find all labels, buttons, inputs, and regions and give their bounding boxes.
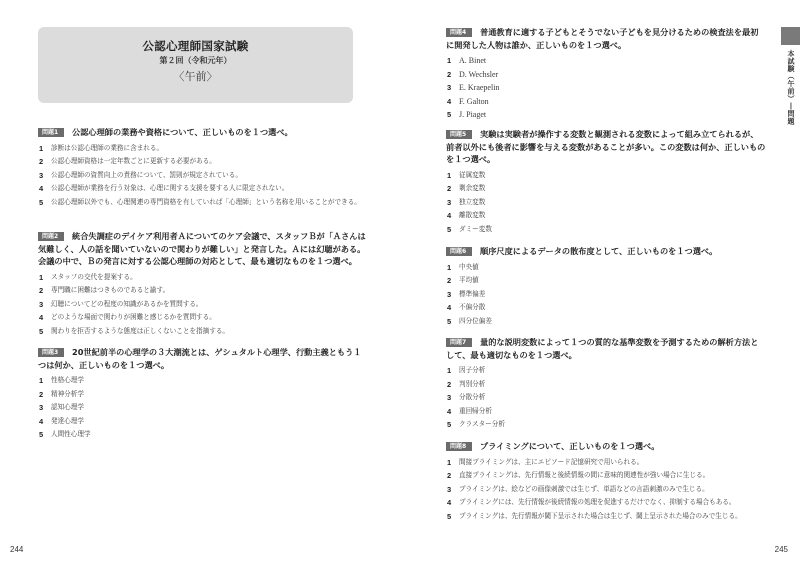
option-list: 1性格心理学 2精神分析学 3認知心理学 4発達心理学 5人間性心理学 [38, 374, 368, 442]
option-number: 5 [38, 325, 51, 339]
option-number: 4 [38, 311, 51, 325]
option-item: 4F. Galton [446, 95, 766, 109]
option-text: 従属変数 [459, 169, 766, 183]
option-text: E. Kraepelin [459, 81, 766, 95]
option-number: 1 [446, 261, 459, 275]
question-text: 実験は実験者が操作する変数と観測される変数によって組み立てられるが、前者以外にも… [446, 129, 765, 164]
option-number: 4 [446, 405, 459, 419]
question-6: 問題6順序尺度によるデータの散布度として、正しいものを１つ選べ。 1中央値 2平… [446, 245, 766, 328]
option-number: 1 [38, 374, 51, 388]
option-item: 5関わりを拒否するような態度は正しくないことを指摘する。 [38, 325, 368, 339]
option-item: 2D. Wechsler [446, 68, 766, 82]
option-text: クラスター分析 [459, 418, 766, 432]
question-text: 普通教育に適する子どもとそうでない子どもを見分けるための検査法を最初に開発した人… [446, 27, 758, 50]
option-text: A. Binet [459, 54, 766, 68]
option-text: 幻聴についてどの程度の知識があるかを質問する。 [51, 298, 368, 312]
exam-title-box: 公認心理師国家試験 第２回（令和元年） 〈午前〉 [38, 27, 353, 103]
option-text: 間接プライミングは、主にエピソード記憶研究で用いられる。 [459, 456, 776, 470]
option-item: 2専門職に困難はつきものであると諭す。 [38, 284, 368, 298]
option-item: 1性格心理学 [38, 374, 368, 388]
option-text: 専門職に困難はつきものであると諭す。 [51, 284, 368, 298]
option-number: 5 [38, 428, 51, 442]
option-text: プライミングには、先行情報が後続情報の処理を促進するだけでなく、抑制する場合もあ… [459, 496, 776, 510]
option-item: 2剰余変数 [446, 182, 766, 196]
option-text: 平均値 [459, 274, 766, 288]
option-number: 1 [446, 456, 459, 470]
option-text: プライミングは、先行情報が閾下呈示された場合は生じず、閾上呈示された場合のみで生… [459, 510, 776, 524]
page-number-left: 244 [10, 545, 23, 554]
option-text: 判別分析 [459, 378, 766, 392]
question-4: 問題4普通教育に適する子どもとそうでない子どもを見分けるための検査法を最初に開発… [446, 26, 766, 122]
option-text: スタッフの交代を提案する。 [51, 271, 368, 285]
question-stem: 問題5実験は実験者が操作する変数と観測される変数によって組み立てられるが、前者以… [446, 128, 766, 166]
question-label: 問題6 [446, 247, 472, 256]
question-label: 問題8 [446, 442, 472, 451]
option-number: 2 [38, 284, 51, 298]
option-list: 1因子分析 2判別分析 3分散分析 4重回帰分析 5クラスター分析 [446, 364, 766, 432]
option-text: 離散変数 [459, 209, 766, 223]
question-label: 問題1 [38, 128, 64, 137]
option-number: 3 [38, 401, 51, 415]
exam-round: 第２回（令和元年） [38, 55, 353, 67]
question-3: 問題320世紀前半の心理学の３大潮流とは、ゲシュタルト心理学、行動主義ともう１つ… [38, 346, 368, 442]
option-item: 3標準偏差 [446, 288, 766, 302]
option-item: 5ダミー変数 [446, 223, 766, 237]
option-text: 精神分析学 [51, 388, 368, 402]
question-text: 20世紀前半の心理学の３大潮流とは、ゲシュタルト心理学、行動主義ともう１つは何か… [38, 347, 361, 370]
option-number: 5 [446, 315, 459, 329]
option-item: 2精神分析学 [38, 388, 368, 402]
question-text: 統合失調症のデイケア利用者Ａについてのケア会議で、スタッフＢが「Ａさんは気難しく… [38, 231, 366, 266]
question-stem: 問題6順序尺度によるデータの散布度として、正しいものを１つ選べ。 [446, 245, 766, 258]
option-item: 5プライミングは、先行情報が閾下呈示された場合は生じず、閾上呈示された場合のみで… [446, 510, 776, 524]
option-number: 3 [446, 81, 459, 95]
left-page: 公認心理師国家試験 第２回（令和元年） 〈午前〉 問題1公認心理師の業務や資格に… [0, 0, 400, 564]
option-number: 2 [446, 469, 459, 483]
option-text: 性格心理学 [51, 374, 368, 388]
option-item: 3認知心理学 [38, 401, 368, 415]
option-item: 2直接プライミングは、先行情報と後続情報の間に意味的関連性が強い場合に生じる。 [446, 469, 776, 483]
option-text: D. Wechsler [459, 68, 766, 82]
question-7: 問題7量的な説明変数によって１つの質的な基準変数を予測するための解析方法として、… [446, 336, 766, 432]
book-spread: 公認心理師国家試験 第２回（令和元年） 〈午前〉 問題1公認心理師の業務や資格に… [0, 0, 800, 564]
option-item: 5クラスター分析 [446, 418, 766, 432]
question-text: 公認心理師の業務や資格について、正しいものを１つ選べ。 [72, 127, 293, 137]
option-text: 人間性心理学 [51, 428, 368, 442]
option-number: 1 [446, 169, 459, 183]
option-item: 2平均値 [446, 274, 766, 288]
question-stem: 問題320世紀前半の心理学の３大潮流とは、ゲシュタルト心理学、行動主義ともう１つ… [38, 346, 368, 371]
option-text: 独立変数 [459, 196, 766, 210]
option-item: 5J. Piaget [446, 108, 766, 122]
option-item: 4プライミングには、先行情報が後続情報の処理を促進するだけでなく、抑制する場合も… [446, 496, 776, 510]
option-number: 2 [38, 155, 51, 169]
option-item: 4どのような場面で関わりが困難と感じるかを質問する。 [38, 311, 368, 325]
option-number: 3 [446, 288, 459, 302]
option-item: 1診断は公認心理師の業務に含まれる。 [38, 142, 368, 156]
option-text: 分散分析 [459, 391, 766, 405]
option-list: 1スタッフの交代を提案する。 2専門職に困難はつきものであると諭す。 3幻聴につ… [38, 271, 368, 339]
option-number: 2 [446, 274, 459, 288]
option-item: 1A. Binet [446, 54, 766, 68]
option-number: 4 [38, 415, 51, 429]
question-label: 問題5 [446, 130, 472, 139]
option-number: 5 [38, 197, 51, 208]
option-number: 1 [446, 54, 459, 68]
option-number: 5 [446, 418, 459, 432]
option-number: 4 [446, 95, 459, 109]
option-number: 2 [38, 388, 51, 402]
question-8: 問題8プライミングについて、正しいものを１つ選べ。 1間接プライミングは、主にエ… [446, 440, 776, 523]
option-list: 1診断は公認心理師の業務に含まれる。 2公認心理師資格は一定年数ごとに更新する必… [38, 142, 368, 210]
question-stem: 問題1公認心理師の業務や資格について、正しいものを１つ選べ。 [38, 126, 368, 139]
option-text: どのような場面で関わりが困難と感じるかを質問する。 [51, 311, 368, 325]
page-number-right: 245 [775, 545, 788, 554]
option-text: ダミー変数 [459, 223, 766, 237]
option-number: 2 [446, 182, 459, 196]
option-list: 1中央値 2平均値 3標準偏差 4不偏分散 5四分位偏差 [446, 261, 766, 329]
exam-title: 公認心理師国家試験 [38, 39, 353, 54]
option-text: 診断は公認心理師の業務に含まれる。 [51, 142, 368, 156]
option-item: 4重回帰分析 [446, 405, 766, 419]
option-item: 1間接プライミングは、主にエピソード記憶研究で用いられる。 [446, 456, 776, 470]
option-number: 1 [38, 271, 51, 285]
option-number: 2 [446, 378, 459, 392]
option-number: 3 [446, 483, 459, 497]
option-text: 公認心理師が業務を行う対象は、心理に関する支援を要する人に限定されない。 [51, 182, 368, 196]
option-text: 公認心理師の資質向上の責務について、罰則が規定されている。 [51, 169, 368, 183]
option-number: 1 [446, 364, 459, 378]
right-page: 問題4普通教育に適する子どもとそうでない子どもを見分けるための検査法を最初に開発… [400, 0, 800, 564]
option-number: 4 [446, 209, 459, 223]
question-label: 問題4 [446, 28, 472, 37]
section-side-label: 本試験（午前）―問題 [784, 50, 796, 125]
option-text: 重回帰分析 [459, 405, 766, 419]
question-label: 問題2 [38, 232, 64, 241]
option-number: 5 [446, 223, 459, 237]
option-list: 1A. Binet 2D. Wechsler 3E. Kraepelin 4F.… [446, 54, 766, 122]
option-item: 3E. Kraepelin [446, 81, 766, 95]
option-number: 4 [446, 301, 459, 315]
option-text: 因子分析 [459, 364, 766, 378]
option-text: プライミングは、絵などの画像刺激では生じず、単語などの言語刺激のみで生じる。 [459, 483, 776, 497]
option-number: 4 [38, 182, 51, 196]
exam-session: 〈午前〉 [38, 69, 353, 85]
question-2: 問題2統合失調症のデイケア利用者Ａについてのケア会議で、スタッフＢが「Ａさんは気… [38, 230, 368, 338]
option-item: 5人間性心理学 [38, 428, 368, 442]
question-text: 順序尺度によるデータの散布度として、正しいものを１つ選べ。 [480, 246, 717, 256]
option-number: 5 [446, 510, 459, 524]
option-item: 3公認心理師の資質向上の責務について、罰則が規定されている。 [38, 169, 368, 183]
option-text: 不偏分散 [459, 301, 766, 315]
option-text: 公認心理師資格は一定年数ごとに更新する必要がある。 [51, 155, 368, 169]
question-5: 問題5実験は実験者が操作する変数と観測される変数によって組み立てられるが、前者以… [446, 128, 766, 236]
option-text: J. Piaget [459, 108, 766, 122]
question-stem: 問題2統合失調症のデイケア利用者Ａについてのケア会議で、スタッフＢが「Ａさんは気… [38, 230, 368, 268]
option-item: 2公認心理師資格は一定年数ごとに更新する必要がある。 [38, 155, 368, 169]
option-item: 1中央値 [446, 261, 766, 275]
option-text: 四分位偏差 [459, 315, 766, 329]
option-item: 3独立変数 [446, 196, 766, 210]
option-text: 関わりを拒否するような態度は正しくないことを指摘する。 [51, 325, 368, 339]
option-item: 4公認心理師が業務を行う対象は、心理に関する支援を要する人に限定されない。 [38, 182, 368, 196]
option-number: 1 [38, 142, 51, 156]
question-label: 問題7 [446, 338, 472, 347]
question-1: 問題1公認心理師の業務や資格について、正しいものを１つ選べ。 1診断は公認心理師… [38, 126, 368, 210]
option-list: 1間接プライミングは、主にエピソード記憶研究で用いられる。 2直接プライミングは… [446, 456, 776, 524]
option-number: 3 [446, 391, 459, 405]
option-item: 4離散変数 [446, 209, 766, 223]
option-item: 3幻聴についてどの程度の知識があるかを質問する。 [38, 298, 368, 312]
option-item: 1スタッフの交代を提案する。 [38, 271, 368, 285]
option-item: 5公認心理師以外でも、心理関連の専門資格を有していれば「心理師」という名称を用い… [38, 196, 368, 210]
question-stem: 問題8プライミングについて、正しいものを１つ選べ。 [446, 440, 776, 453]
option-item: 4不偏分散 [446, 301, 766, 315]
option-number: 3 [38, 169, 51, 183]
question-text: 量的な説明変数によって１つの質的な基準変数を予測するための解析方法として、最も適… [446, 337, 758, 360]
question-label: 問題3 [38, 348, 64, 357]
option-item: 2判別分析 [446, 378, 766, 392]
option-text: 公認心理師以外でも、心理関連の専門資格を有していれば「心理師」という名称を用いる… [51, 197, 368, 208]
option-text: 標準偏差 [459, 288, 766, 302]
question-text: プライミングについて、正しいものを１つ選べ。 [480, 441, 659, 451]
option-text: F. Galton [459, 95, 766, 109]
option-item: 3分散分析 [446, 391, 766, 405]
question-stem: 問題7量的な説明変数によって１つの質的な基準変数を予測するための解析方法として、… [446, 336, 766, 361]
option-text: 認知心理学 [51, 401, 368, 415]
option-number: 3 [38, 298, 51, 312]
option-text: 剰余変数 [459, 182, 766, 196]
option-text: 発達心理学 [51, 415, 368, 429]
option-text: 中央値 [459, 261, 766, 275]
section-tab-marker [781, 27, 800, 45]
option-item: 3プライミングは、絵などの画像刺激では生じず、単語などの言語刺激のみで生じる。 [446, 483, 776, 497]
option-number: 2 [446, 68, 459, 82]
option-item: 1従属変数 [446, 169, 766, 183]
option-number: 5 [446, 108, 459, 122]
option-item: 5四分位偏差 [446, 315, 766, 329]
option-text: 直接プライミングは、先行情報と後続情報の間に意味的関連性が強い場合に生じる。 [459, 469, 776, 483]
option-number: 3 [446, 196, 459, 210]
option-item: 4発達心理学 [38, 415, 368, 429]
option-number: 4 [446, 496, 459, 510]
option-item: 1因子分析 [446, 364, 766, 378]
option-list: 1従属変数 2剰余変数 3独立変数 4離散変数 5ダミー変数 [446, 169, 766, 237]
question-stem: 問題4普通教育に適する子どもとそうでない子どもを見分けるための検査法を最初に開発… [446, 26, 766, 51]
